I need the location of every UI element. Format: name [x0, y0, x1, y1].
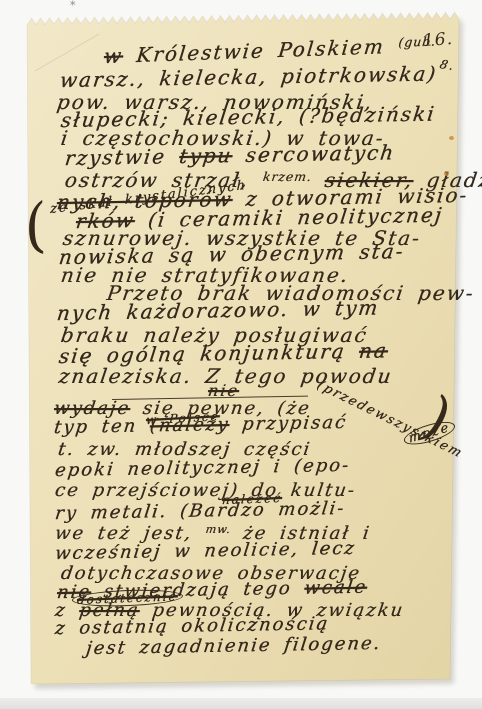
manuscript-line: jest zagadnienie filogene. [85, 635, 382, 658]
manuscript-line: ce przejściowej) do kultu- [54, 482, 357, 500]
manuscript-line: się ogólną konjunkturą na [58, 340, 389, 366]
manuscript-line: typ ten (należy przypisać [53, 414, 348, 437]
manuscript-line: epoki neolitycznej i (epo- [54, 457, 351, 480]
manuscript-line: wcześniej w neolicie, lecz [54, 540, 357, 563]
manuscript-line: rzystwie typu sercowatych [64, 142, 397, 168]
manuscript-line: warsz., kielecka, piotrkowska) [59, 63, 439, 90]
ink-flourish: ) [419, 388, 455, 448]
inserted-text: mw. [205, 523, 232, 536]
foxing-dot [444, 172, 449, 176]
struck-text: w [103, 43, 125, 68]
manuscript-line: ry metali. (Bardzo możli- [54, 500, 346, 523]
manuscript-line: 8. [438, 58, 457, 72]
ink-flourish: ( [18, 195, 52, 256]
document-scan: 16. w Królestwie Polskiem (gub.warsz., k… [0, 0, 482, 709]
struck-text: na [358, 338, 390, 363]
struck-text: typu [178, 143, 234, 168]
inserted-text: (gub. [398, 33, 437, 49]
struck-text: wcale [303, 577, 368, 599]
foxing-dot [449, 136, 454, 140]
manuscript-line: nych każdorazowo. w tym [56, 297, 381, 323]
inserted-text: krzem. [262, 169, 313, 184]
struck-text: (należy [149, 414, 231, 436]
pencil-mark: * [70, 0, 76, 11]
scanner-edge [0, 698, 482, 709]
handwriting-layer: w Królestwie Polskiem (gub.warsz., kiele… [0, 0, 482, 709]
